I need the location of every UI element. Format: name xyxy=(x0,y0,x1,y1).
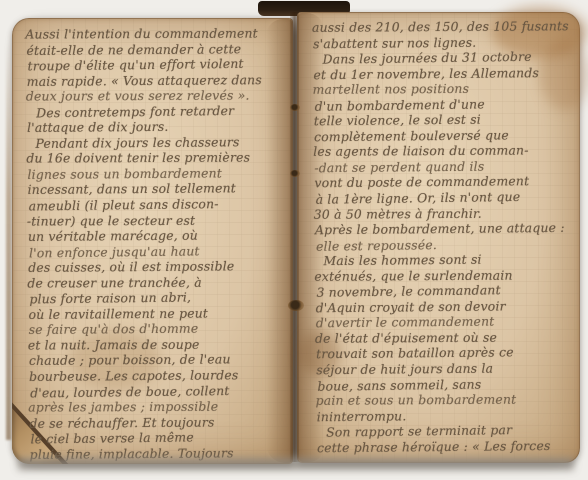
handwritten-line: où le ravitaillement ne peut xyxy=(28,305,263,322)
notebook-photo: Aussi l'intention du commandementétait-e… xyxy=(0,0,588,480)
handwritten-line: chaude ; pour boisson, de l'eau xyxy=(29,352,264,369)
page-bottom-shadow xyxy=(18,458,574,470)
handwritten-line: troupe d'élite qu'un effort violent xyxy=(28,56,263,74)
binding-stitch-knot xyxy=(288,300,304,311)
handwritten-line: un véritable marécage, où xyxy=(28,227,263,244)
handwritten-line: Des contretemps font retarder xyxy=(28,102,263,120)
handwritten-line: des cuisses, où il est impossible xyxy=(28,258,263,275)
handwritten-line: et la nuit. Jamais de soupe xyxy=(28,336,263,353)
handwritten-line: du 16e doivent tenir les premières xyxy=(26,150,261,167)
handwritten-line: ameubli (il pleut sans discon- xyxy=(29,196,264,214)
handwritten-line: aussi des 210, des 150, des 105 fusants xyxy=(312,18,569,35)
handwritten-line: 30 à 50 mètres à franchir. xyxy=(314,205,571,222)
handwritten-line: cette phrase héroïque : « Les forces xyxy=(317,438,574,456)
handwritten-line: après les jambes ; impossible xyxy=(28,399,263,416)
handwritten-line: l'attaque de dix jours. xyxy=(27,118,262,135)
right-page-handwriting: aussi des 210, des 150, des 105 fusantss… xyxy=(313,18,574,456)
handwritten-line: lignes sous un bombardement xyxy=(27,165,262,182)
handwritten-line: -dant se perdent quand ils xyxy=(314,158,571,176)
handwritten-line: l'on enfonce jusqu'au haut xyxy=(29,242,264,260)
handwritten-line: le ciel bas verse la même xyxy=(30,429,265,447)
handwritten-line: plus forte raison un abri, xyxy=(29,289,264,307)
handwritten-line: de l'état d'épuisement où se xyxy=(315,329,572,346)
handwritten-line: se faire qu'à dos d'homme xyxy=(29,320,264,337)
handwritten-line: deux jours et vous serez relevés ». xyxy=(26,88,261,105)
handwritten-line: pain et sous un bombardement xyxy=(316,391,573,408)
left-page-handwriting: Aussi l'intention du commandementétait-e… xyxy=(26,25,265,462)
gutter-gap xyxy=(290,12,299,462)
page-edge-wear xyxy=(6,40,11,440)
binding-stitch xyxy=(290,170,300,177)
handwritten-line: d'un bombardement d'une xyxy=(315,95,572,114)
handwritten-line: mais rapide. « Vous attaquerez dans xyxy=(27,72,262,89)
handwritten-line: bourbeuse. Les capotes, lourdes xyxy=(29,367,264,384)
gutter-shading xyxy=(266,19,292,463)
handwritten-line: -tinuer) que le secteur est xyxy=(27,212,262,229)
handwritten-line: elle est repoussée. xyxy=(316,235,573,254)
binding-stitch xyxy=(290,104,300,111)
handwritten-line: Aussi l'intention du commandement xyxy=(25,26,260,43)
